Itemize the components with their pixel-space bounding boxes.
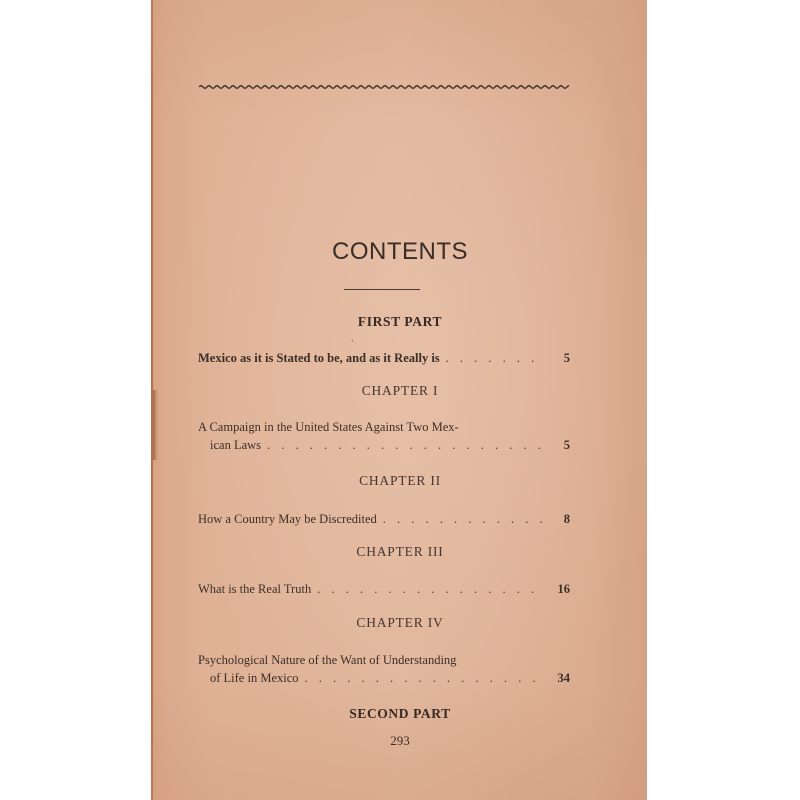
- dot-leader: [446, 349, 542, 367]
- dot-leader: [267, 436, 542, 454]
- toc-entry: A Campaign in the United States Against …: [198, 418, 570, 454]
- toc-entry: How a Country May be Discredited 8: [198, 510, 570, 528]
- spine-stain: [153, 390, 158, 460]
- chapter-heading-1: CHAPTER I: [0, 383, 800, 399]
- page-number: 16: [550, 580, 570, 598]
- entry-title: Psychological Nature of the Want of Unde…: [198, 651, 456, 669]
- toc-entry: Psychological Nature of the Want of Unde…: [198, 651, 570, 687]
- dot-leader: [317, 580, 542, 598]
- toc-entry: What is the Real Truth 16: [198, 580, 570, 598]
- page-number: 5: [550, 436, 570, 454]
- entry-title: A Campaign in the United States Against …: [198, 418, 459, 436]
- page-number: 5: [550, 349, 570, 367]
- entry-title-continued: ican Laws: [210, 436, 261, 454]
- part-heading-second: SECOND PART: [0, 706, 800, 722]
- page-title: CONTENTS: [0, 238, 800, 266]
- entry-title: Mexico as it is Stated to be, and as it …: [198, 349, 440, 367]
- dot-leader: [383, 510, 542, 528]
- page-number: 8: [550, 510, 570, 528]
- chapter-heading-2: CHAPTER II: [0, 473, 800, 489]
- page-number: 34: [550, 669, 570, 687]
- entry-title-continued: of Life in Mexico: [210, 669, 299, 687]
- stray-mark: ‘: [351, 338, 354, 347]
- chapter-heading-3: CHAPTER III: [0, 544, 800, 560]
- dot-leader: [305, 669, 542, 687]
- entry-title: How a Country May be Discredited: [198, 510, 377, 528]
- wavy-ornamental-rule: [199, 82, 569, 92]
- toc-entry: Mexico as it is Stated to be, and as it …: [198, 349, 570, 367]
- entry-title: What is the Real Truth: [198, 580, 311, 598]
- title-rule: [344, 289, 420, 290]
- chapter-heading-4: CHAPTER IV: [0, 615, 800, 631]
- part-heading-first: FIRST PART: [0, 314, 800, 330]
- folio-page-number: 293: [0, 733, 800, 749]
